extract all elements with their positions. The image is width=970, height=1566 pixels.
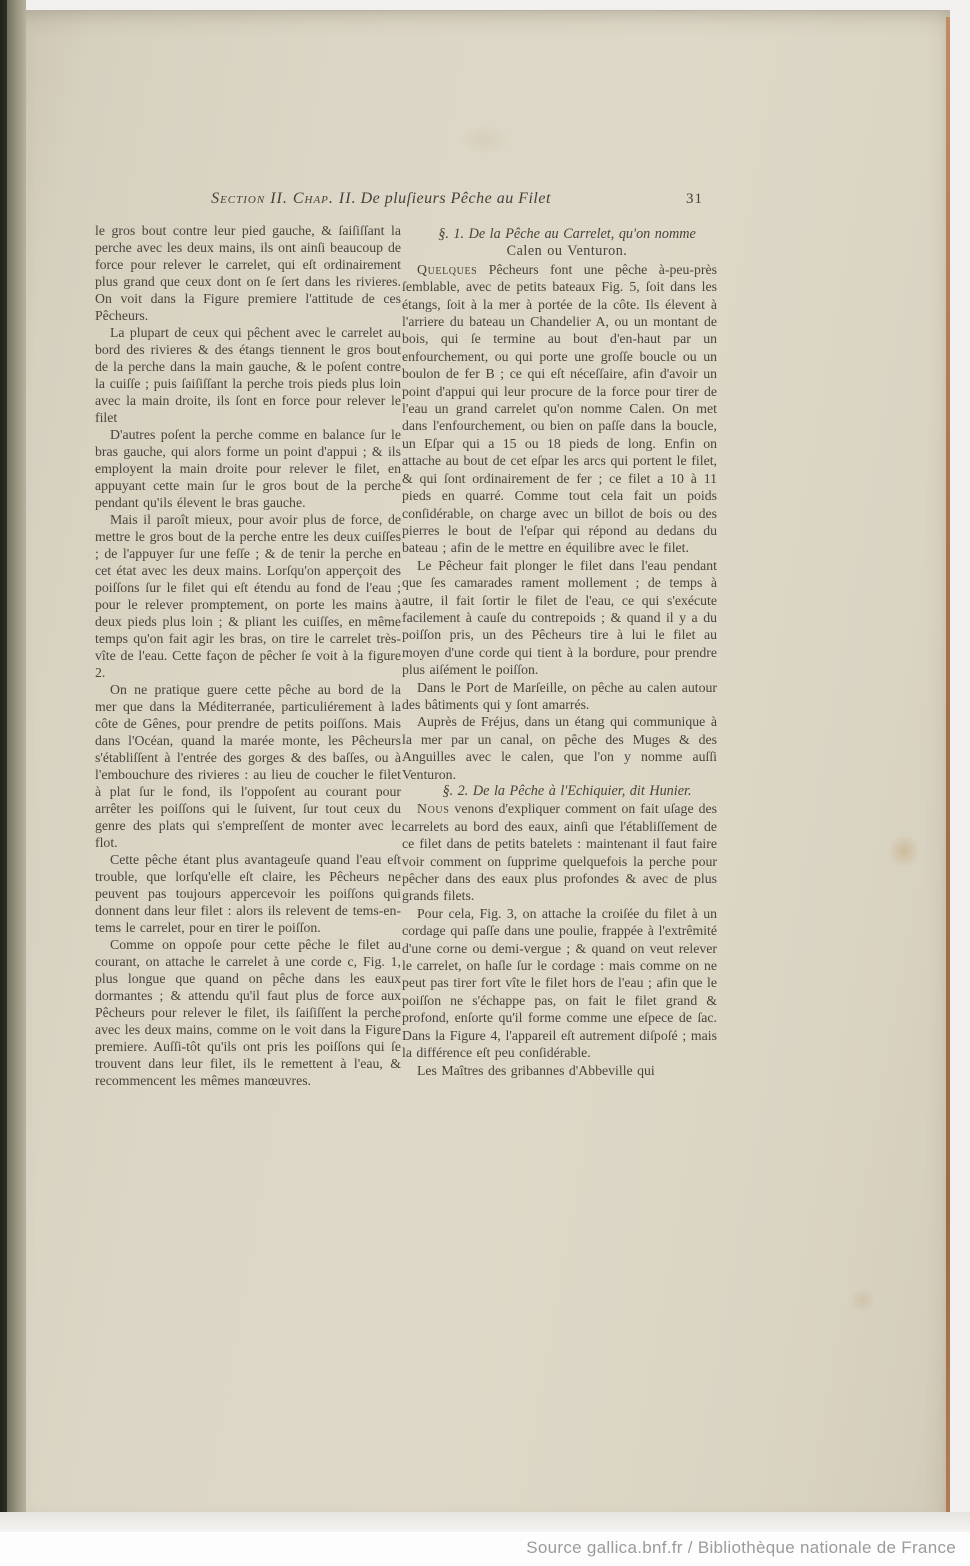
running-header-title: Section II. Chap. II. De pluſieurs Pêche… — [95, 190, 667, 208]
paragraph: Comme on oppoſe pour cette pêche le file… — [95, 936, 401, 1089]
running-header: Section II. Chap. II. De pluſieurs Pêche… — [95, 190, 717, 216]
book-gutter-dark-edge — [0, 0, 7, 1524]
lead-word: Quelques — [417, 262, 477, 277]
footer-bar: Source gallica.bnf.fr / Bibliothèque nat… — [0, 1532, 970, 1566]
section-1-heading: §. 1. De la Pêche au Carrelet, qu'on nom… — [402, 226, 717, 243]
paragraph: Nous venons d'expliquer comment on fait … — [402, 800, 717, 904]
chapter-title: De pluſieurs Pêche au Filet — [361, 190, 551, 207]
lead-word: Nous — [417, 801, 449, 816]
paragraph: Dans le Port de Marſeille, on pêche au c… — [402, 679, 717, 714]
paragraph: D'autres poſent la perche comme en balan… — [95, 426, 401, 511]
paragraph: Le Pêcheur fait plonger le filet dans l'… — [402, 557, 717, 679]
paragraph: Quelques Pêcheurs font une pêche à-peu-p… — [402, 261, 717, 557]
paragraph: Pour cela, Fig. 3, on attache la croiſée… — [402, 905, 717, 1062]
scan-background-gap — [0, 1512, 970, 1532]
paragraph: La plupart de ceux qui pêchent avec le c… — [95, 324, 401, 426]
paragraph-text: Pêcheurs font une pêche à-peu-près ſembl… — [402, 262, 717, 556]
left-text-column: le gros bout contre leur pied gauche, & … — [95, 222, 401, 1089]
paragraph: On ne pratique guere cette pêche au bord… — [95, 681, 401, 851]
paragraph: Auprès de Fréjus, dans un étang qui comm… — [402, 713, 717, 783]
paragraph: le gros bout contre leur pied gauche, & … — [95, 222, 401, 324]
section-chapter-label: Section II. Chap. II. — [211, 190, 356, 207]
source-attribution: Source gallica.bnf.fr / Bibliothèque nat… — [526, 1538, 956, 1557]
paragraph: Mais il paroît mieux, pour avoir plus de… — [95, 511, 401, 681]
section-2-heading: §. 2. De la Pêche à l'Echiquier, dit Hun… — [402, 783, 717, 800]
paragraph-text: venons d'expliquer comment on fait uſage… — [402, 801, 717, 903]
right-text-column: §. 1. De la Pêche au Carrelet, qu'on nom… — [402, 226, 717, 1079]
scanned-book-screenshot: { "colors": { "paper": "#dcd6c6", "ink":… — [0, 0, 970, 1566]
paragraph: Les Maîtres des gribannes d'Abbeville qu… — [402, 1062, 717, 1079]
book-gutter-page-edges — [7, 0, 26, 1524]
page-number: 31 — [686, 191, 703, 208]
section-1-heading-line2: Calen ou Venturon. — [402, 243, 717, 260]
page-red-fore-edge — [946, 17, 950, 1519]
paragraph: Cette pêche étant plus avantageuſe quand… — [95, 851, 401, 936]
